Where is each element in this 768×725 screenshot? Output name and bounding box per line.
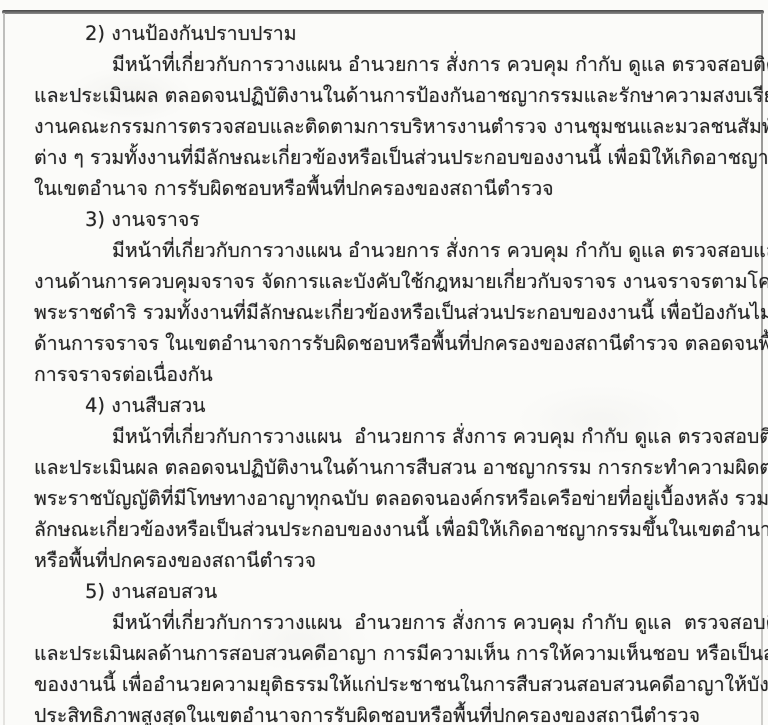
paragraph-line: ต่าง ๆ รวมทั้งงานที่มีลักษณะเกี่ยวข้องหร… (34, 142, 742, 173)
paragraph-line: มีหน้าที่เกี่ยวกับการวางแผน อำนวยการ สั่… (34, 49, 742, 80)
paragraph-line: มีหน้าที่เกี่ยวกับการวางแผน อำนวยการ สั่… (34, 421, 742, 452)
section-heading: 4) งานสืบสวน (34, 390, 742, 421)
paragraph-line: งานด้านการควบคุมจราจร จัดการและบังคับใช้… (34, 266, 742, 297)
document-content: 2) งานป้องกันปราบปรามมีหน้าที่เกี่ยวกับก… (0, 15, 768, 725)
paragraph-line: ด้านการจราจร ในเขตอำนาจการรับผิดชอบหรือพ… (34, 328, 742, 359)
paragraph-line: พระราชดำริ รวมทั้งงานที่มีลักษณะเกี่ยวข้… (34, 297, 742, 328)
section-heading: 3) งานจราจร (34, 204, 742, 235)
paragraph-line: ประสิทธิภาพสูงสุดในเขตอำนาจการรับผิดชอบห… (34, 700, 742, 725)
paragraph-line: และประเมินผลด้านการสอบสวนคดีอาญา การมีคว… (34, 638, 742, 669)
paragraph-line: การจราจรต่อเนื่องกัน (34, 359, 742, 390)
paragraph-line: ของงานนี้ เพื่ออำนวยความยุติธรรมให้แก่ปร… (34, 669, 742, 700)
paragraph-line: งานคณะกรรมการตรวจสอบและติดตามการบริหารงา… (34, 111, 742, 142)
paragraph-line: ในเขตอำนาจ การรับผิดชอบหรือพื้นที่ปกครอง… (34, 173, 742, 204)
paragraph-line: หรือพื้นที่ปกครองของสถานีตำรวจ (34, 545, 742, 576)
paragraph-line: มีหน้าที่เกี่ยวกับการวางแผน อำนวยการ สั่… (34, 607, 742, 638)
section-heading: 5) งานสอบสวน (34, 576, 742, 607)
page-top-border (2, 10, 764, 14)
paragraph-line: ลักษณะเกี่ยวข้องหรือเป็นส่วนประกอบของงาน… (34, 514, 742, 545)
paragraph-line: และประเมินผล ตลอดจนปฏิบัติงานในด้านการสื… (34, 452, 742, 483)
document-page: 2) งานป้องกันปราบปรามมีหน้าที่เกี่ยวกับก… (0, 0, 768, 725)
paragraph-line: และประเมินผล ตลอดจนปฏิบัติงานในด้านการป้… (34, 80, 742, 111)
paragraph-line: พระราชบัญญัติที่มีโทษทางอาญาทุกฉบับ ตลอด… (34, 483, 742, 514)
paragraph-line: มีหน้าที่เกี่ยวกับการวางแผน อำนวยการ สั่… (34, 235, 742, 266)
section-heading: 2) งานป้องกันปราบปราม (34, 18, 742, 49)
